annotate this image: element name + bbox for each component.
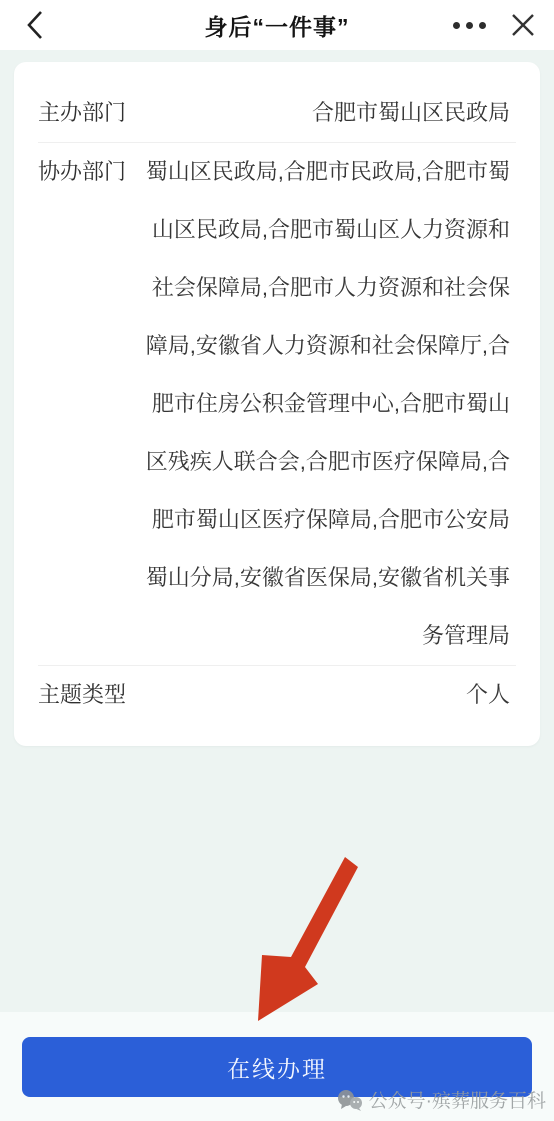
- watermark: 公众号·殡葬服务百科: [337, 1086, 546, 1113]
- field-row-theme-type: 主题类型 个人: [38, 666, 510, 724]
- field-label: 主办部门: [38, 84, 126, 142]
- header-bar: 身后“一件事”: [0, 0, 554, 50]
- close-icon: [508, 10, 538, 40]
- field-row-organizer: 主办部门 合肥市蜀山区民政局: [38, 84, 510, 142]
- field-value: 个人: [466, 666, 510, 724]
- mini-program-page: { "header": { "title": "身后“一件事”", "icons…: [0, 0, 554, 1121]
- field-label: 协办部门: [38, 143, 134, 201]
- ellipsis-icon: [453, 22, 460, 29]
- service-detail-card: 主办部门 合肥市蜀山区民政局 协办部门 蜀山区民政局,合肥市民政局,合肥市蜀山区…: [14, 62, 540, 746]
- content-area: 主办部门 合肥市蜀山区民政局 协办部门 蜀山区民政局,合肥市民政局,合肥市蜀山区…: [0, 50, 554, 1121]
- field-value: 合肥市蜀山区民政局: [312, 84, 510, 142]
- close-button[interactable]: [506, 6, 540, 44]
- more-button[interactable]: [451, 12, 488, 39]
- wechat-official-account-icon: [337, 1089, 363, 1111]
- field-label: 主题类型: [38, 666, 126, 724]
- field-value: 蜀山区民政局,合肥市民政局,合肥市蜀山区民政局,合肥市蜀山区人力资源和社会保障局…: [134, 143, 510, 665]
- header-actions: [451, 0, 540, 50]
- field-row-co-organizers: 协办部门 蜀山区民政局,合肥市民政局,合肥市蜀山区民政局,合肥市蜀山区人力资源和…: [38, 143, 510, 665]
- watermark-text: 公众号·殡葬服务百科: [369, 1086, 546, 1113]
